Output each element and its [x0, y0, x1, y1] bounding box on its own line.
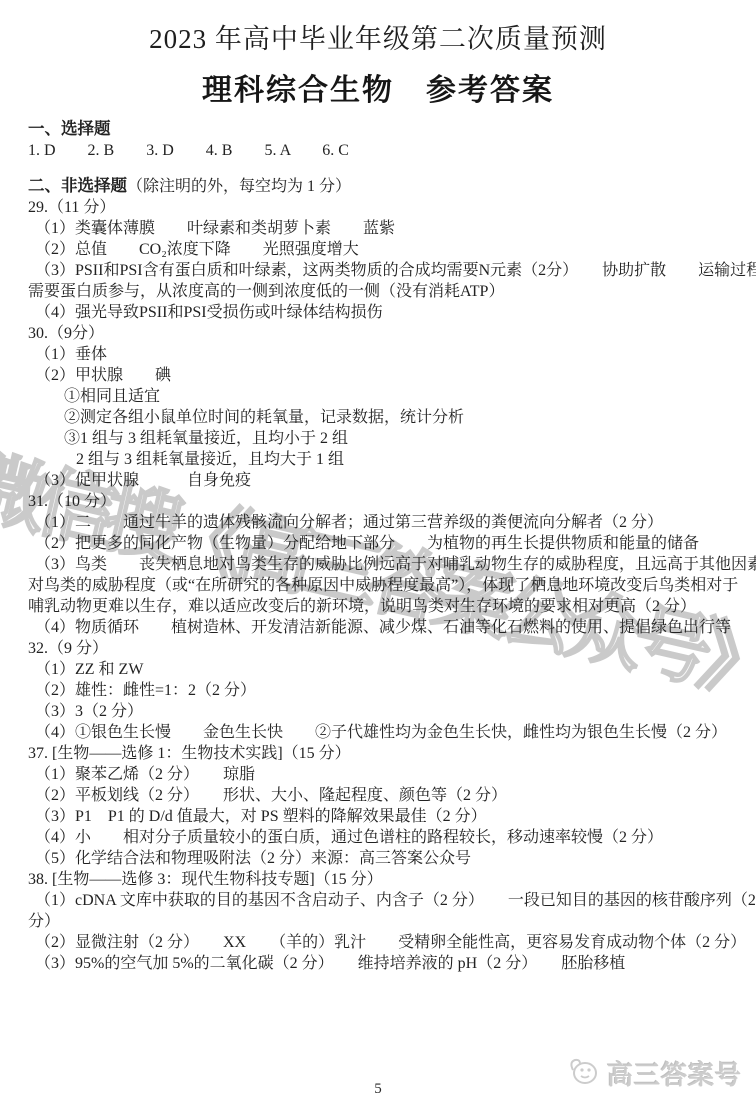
doc-line: 31.（10 分）	[28, 491, 748, 512]
doc-line: （2）平板划线（2 分） 形状、大小、隆起程度、颜色等（2 分）	[28, 785, 748, 806]
doc-line: （4）小 相对分子质量较小的蛋白质，通过色谱柱的路程较长，移动速率较慢（2 分）	[28, 827, 748, 848]
doc-line: 哺乳动物更难以生存，难以适应改变后的新环境，说明鸟类对生存环境的要求相对更高（2…	[28, 596, 748, 617]
doc-line: 37. [生物——选修 1：生物技术实践]（15 分）	[28, 743, 748, 764]
doc-line: （2）把更多的同化产物（生物量）分配给地下部分 为植物的再生长提供物质和能量的储…	[28, 533, 748, 554]
doc-line: ③1 组与 3 组耗氧量接近，且均小于 2 组	[28, 428, 748, 449]
doc-line: 30.（9分）	[28, 323, 748, 344]
doc-line: （3）鸟类 丧失栖息地对鸟类生存的威胁比例远高于对哺乳动物生存的威胁程度，且远高…	[28, 554, 748, 575]
doc-line: 二、非选择题（除注明的外，每空均为 1 分）	[28, 176, 748, 197]
doc-line: 2 组与 3 组耗氧量接近，且均大于 1 组	[28, 449, 748, 470]
doc-lines: 一、选择题1. D 2. B 3. D 4. B 5. A 6. C二、非选择题…	[0, 119, 756, 974]
doc-line: （3）P1 P1 的 D/d 值最大，对 PS 塑料的降解效果最佳（2 分）	[28, 806, 748, 827]
doc-line: （1）垂体	[28, 344, 748, 365]
doc-line: 一、选择题	[28, 119, 748, 140]
doc-line: （2）显微注射（2 分） XX （羊的）乳汁 受精卵全能性高，更容易发育成动物个…	[28, 932, 748, 953]
doc-line: （5）化学结合法和物理吸附法（2 分）来源：高三答案公众号	[28, 848, 748, 869]
page-title: 2023 年高中毕业年级第二次质量预测	[0, 17, 756, 56]
doc-line: （1）聚苯乙烯（2 分） 琼脂	[28, 764, 748, 785]
doc-line: （1）cDNA 文库中获取的目的基因不含启动子、内含子（2 分） 一段已知目的基…	[28, 890, 748, 911]
doc-line: （2）总值 CO₂浓度下降 光照强度增大	[28, 239, 748, 260]
doc-line: 38. [生物——选修 3：现代生物科技专题]（15 分）	[28, 869, 748, 890]
doc-line: 分）	[28, 911, 748, 932]
doc-line: （4）强光导致PSII和PSI受损伤或叶绿体结构损伤	[28, 302, 748, 323]
doc-line: （3）PSII和PSI含有蛋白质和叶绿素，这两类物质的合成均需要N元素（2分） …	[28, 260, 748, 281]
doc-line: 需要蛋白质参与，从浓度高的一侧到浓度低的一侧（没有消耗ATP）	[28, 281, 748, 302]
doc-line: （4）物质循环 植树造林、开发清洁新能源、减少煤、石油等化石燃料的使用、提倡绿色…	[28, 617, 748, 638]
doc-line: （1）类囊体薄膜 叶绿素和类胡萝卜素 蓝紫	[28, 218, 748, 239]
mascot-icon	[567, 1056, 601, 1091]
doc-line: （1）二 通过牛羊的遗体残骸流向分解者；通过第三营养级的粪便流向分解者（2 分）	[28, 512, 748, 533]
page-subtitle: 理科综合生物 参考答案	[0, 65, 756, 109]
publisher-logo: 高三答案号	[567, 1055, 742, 1092]
doc-line: （3）促甲状腺 自身免疫	[28, 470, 748, 491]
doc-line: （4）①银色生长慢 金色生长快 ②子代雄性均为金色生长快，雌性均为银色生长慢（2…	[28, 722, 748, 743]
doc-line: 32.（9 分）	[28, 638, 748, 659]
logo-text: 高三答案号	[607, 1055, 742, 1092]
doc-line: 对鸟类的威胁程度（或“在所研究的各种原因中威胁程度最高”），体现了栖息地环境改变…	[28, 575, 748, 596]
doc-line: （2）甲状腺 碘	[28, 365, 748, 386]
doc-line: （1）ZZ 和 ZW	[28, 659, 748, 680]
doc-line: 1. D 2. B 3. D 4. B 5. A 6. C	[28, 140, 748, 161]
doc-line: （3）3（2 分）	[28, 701, 748, 722]
document-page: 微信搜《高三答案公众号》 2023 年高中毕业年级第二次质量预测 理科综合生物 …	[0, 0, 756, 1114]
doc-line: （3）95%的空气加 5%的二氧化碳（2 分） 维持培养液的 pH（2 分） 胚…	[28, 953, 748, 974]
doc-line: （2）雄性：雌性=1：2（2 分）	[28, 680, 748, 701]
doc-line: ②测定各组小鼠单位时间的耗氧量，记录数据，统计分析	[28, 407, 748, 428]
doc-line: ①相同且适宜	[28, 386, 748, 407]
doc-line: 29.（11 分）	[28, 197, 748, 218]
